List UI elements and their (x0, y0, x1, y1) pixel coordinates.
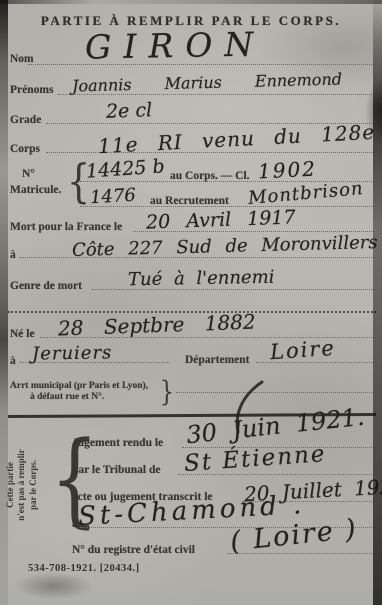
side-note-line2: n'est pas à remplir (16, 420, 27, 550)
mort-a-label: à (10, 249, 16, 261)
departement-label: Département (185, 354, 250, 366)
matricule-no-label: N° (22, 168, 35, 180)
side-note-line3: par le Corps. (28, 420, 39, 550)
genre-mort-value: Tué à l'ennemi (128, 267, 275, 291)
ne-le-value: 28 Septbre 1882 (58, 310, 256, 341)
prenoms-value: Joannis Marius Ennemond (72, 69, 342, 95)
tribunal-label: par le Tribunal de (72, 464, 161, 476)
registre-label: N° du registre d'état civil (72, 544, 195, 556)
matricule-recrutement-number: 1476 (89, 185, 136, 208)
transcrit-a-label: à (72, 518, 78, 530)
matricule-corps-number: 14425 b (85, 155, 165, 182)
grade-value: 2e cl (106, 99, 153, 123)
ne-a-value: Jeruiers (32, 342, 113, 364)
scan-smudge-bottom-left (14, 572, 94, 600)
prenoms-label: Prénoms (10, 84, 53, 96)
scan-edge-top (0, 0, 382, 4)
ne-a-label: à (10, 355, 16, 367)
au-recrutement-label: au Recrutement (150, 195, 229, 207)
jugement-rendu-value: 30 Juin 1921. (185, 403, 366, 450)
print-reference: 534-708-1921. [20434.] (28, 563, 140, 574)
dotted-line (176, 392, 374, 393)
mort-le-label: Mort pour la France le (10, 221, 122, 233)
mort-le-value: 20 Avril 1917 (146, 206, 296, 233)
death-record-card: PARTIE À REMPLIR PAR LE CORPS. Nom GIRON… (0, 0, 382, 605)
grade-label: Grade (10, 114, 41, 126)
nom-value: GIRON (85, 24, 266, 66)
scan-edge-right (373, 0, 382, 605)
corps-label: Corps (10, 143, 40, 155)
arrondissement-brace: } (160, 377, 174, 408)
side-note: Cette partie n'est pas à remplir par le … (5, 420, 47, 550)
au-corps-label: au Corps. — Cl. (170, 170, 250, 182)
jugement-rendu-label: Jugement rendu le (72, 437, 163, 449)
side-note-line1: Cette partie (5, 420, 16, 550)
classe-value: 1902 (257, 156, 317, 183)
arrondissement-label-line2: à défaut rue et N°. (30, 392, 104, 402)
genre-mort-label: Genre de mort (10, 280, 82, 292)
ne-le-label: Né le (10, 328, 35, 340)
departement-value: Loire (269, 336, 336, 365)
matricule-label: Matricule. (10, 184, 61, 196)
arrondissement-label-line1: Arrt municipal (pr Paris et Lyon), (10, 381, 148, 391)
